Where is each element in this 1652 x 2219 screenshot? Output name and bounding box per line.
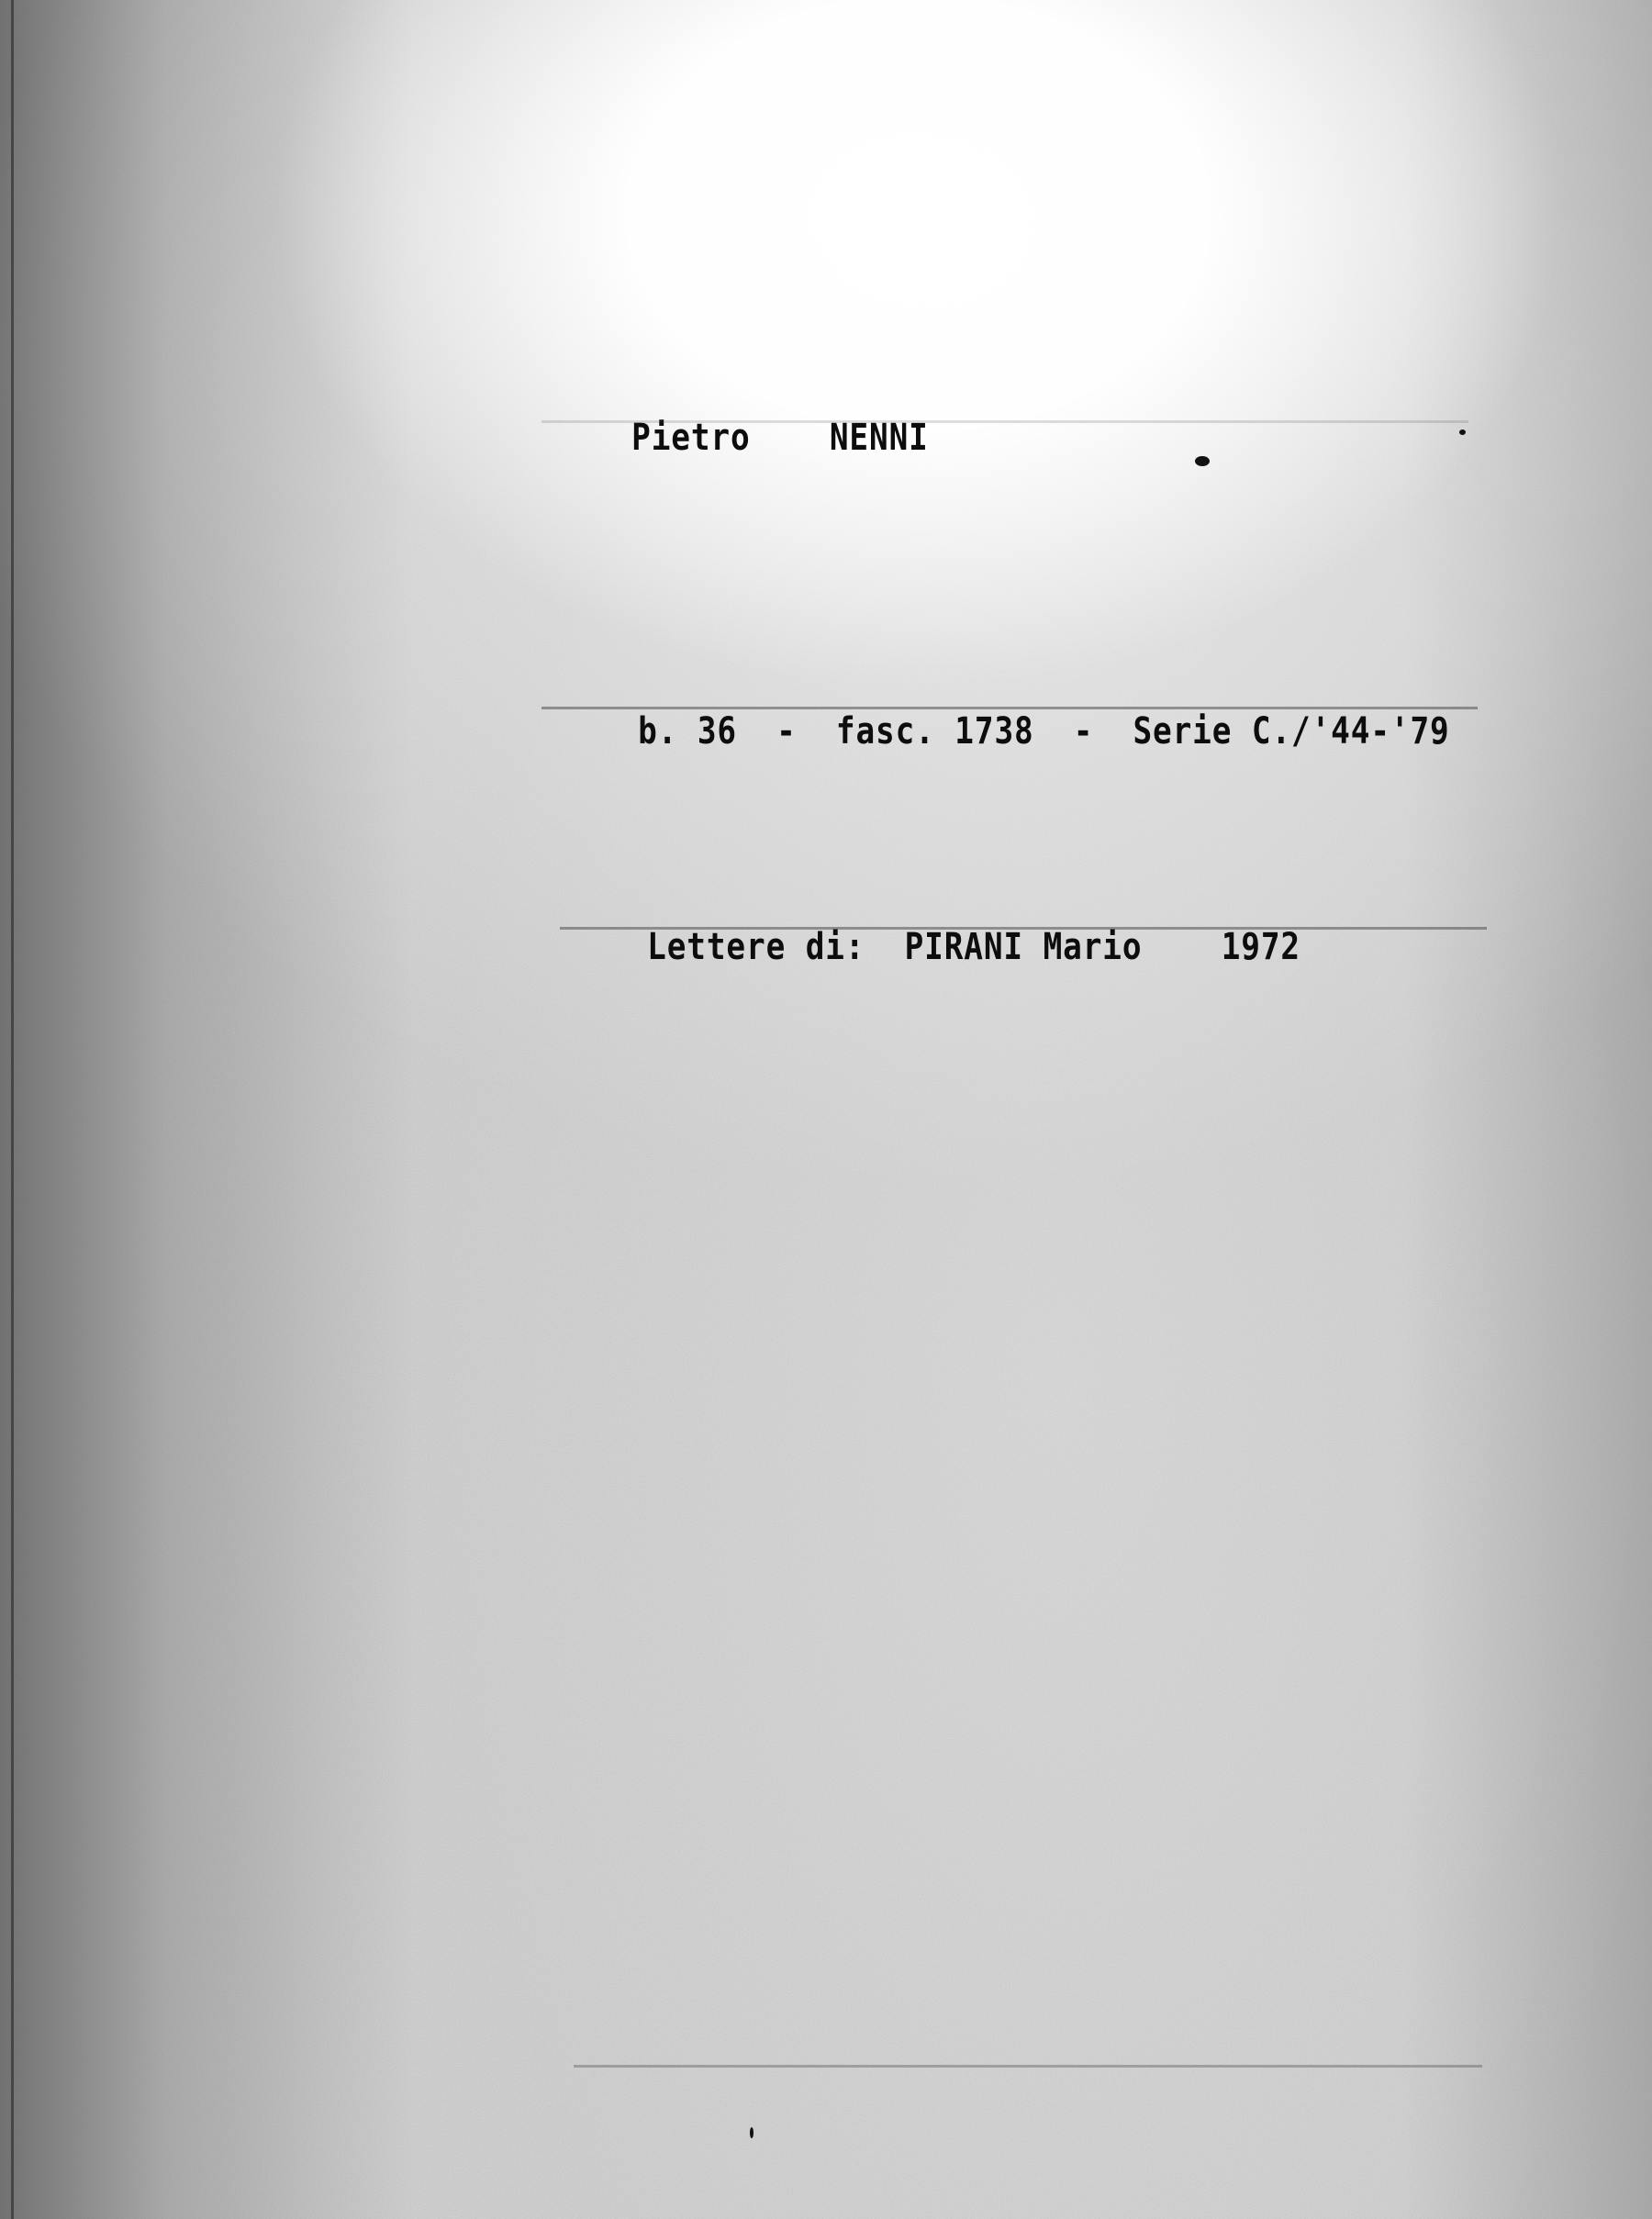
correspondence-year: 1972 [1222,926,1300,968]
folder-spine-edge [11,0,14,2219]
author-line: Pietro NENNI [592,374,929,459]
correspondence-underline [560,927,1487,930]
reference-line: b. 36 - fasc. 1738 - Serie C./'44-'79 [598,668,1450,753]
busta-number: b. 36 [638,710,737,753]
separator: - [776,710,797,753]
author-underline [541,420,1468,423]
separator: - [1074,710,1094,753]
reference-underline [541,707,1478,709]
ink-speck [1195,456,1210,466]
fascicolo-number: fasc. 1738 [836,710,1034,753]
correspondence-line: Lettere di: PIRANI Mario 1972 [608,884,1300,968]
correspondent-name: PIRANI Mario [905,926,1143,968]
ink-speck [750,2127,753,2138]
serie-label: Serie C./'44-'79 [1133,710,1449,753]
scan-lighting [0,0,1652,2219]
ink-speck [1459,429,1466,435]
bottom-rule [574,2065,1482,2068]
correspondence-label: Lettere di: [647,926,865,968]
